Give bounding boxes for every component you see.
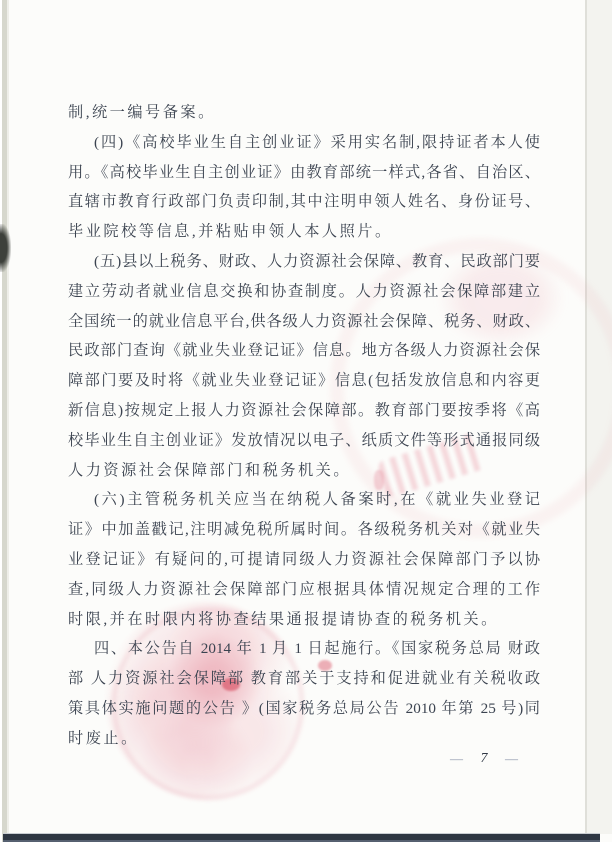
text-block: 制,统一编号备案。(四)《高校毕业生自主创业证》采用实名制,限持证者本人使用。《… xyxy=(68,98,540,754)
page-number: — 7 — xyxy=(450,750,518,768)
text-line: 用。《高校毕业生自主创业证》由教育部统一样式,各省、自治区、 xyxy=(68,158,540,188)
text-line: 证》中加盖戳记,注明减免税所属时间。各级税务机关对《就业失 xyxy=(68,515,540,545)
text-line: 人力资源社会保障部门和税务机关。 xyxy=(68,456,540,486)
text-line: 部 人力资源社会保障部 教育部关于支持和促进就业有关税收政 xyxy=(68,664,540,694)
text-line: (五)县以上税务、财政、人力资源社会保障、教育、民政部门要 xyxy=(68,247,540,277)
text-line: 四、本公告自 2014 年 1 月 1 日起施行。《国家税务总局 财政 xyxy=(68,634,540,664)
binder-hole-shadow xyxy=(0,224,11,272)
text-line: 业登记证》有疑问的,可提请同级人力资源社会保障部门予以协 xyxy=(68,545,540,575)
text-line: 建立劳动者就业信息交换和协查制度。人力资源社会保障部建立 xyxy=(68,277,540,307)
page-number-value: 7 xyxy=(481,750,488,768)
text-line: 毕业院校等信息,并粘贴申领人本人照片。 xyxy=(68,217,540,247)
text-line: (四)《高校毕业生自主创业证》采用实名制,限持证者本人使 xyxy=(68,128,540,158)
text-line: 制,统一编号备案。 xyxy=(68,98,540,128)
text-line: 直辖市教育行政部门负责印制,其中注明申领人姓名、身份证号、 xyxy=(68,187,540,217)
text-line: 障部门要及时将《就业失业登记证》信息(包括发放信息和内容更 xyxy=(68,366,540,396)
page-dash-left: — xyxy=(450,750,463,768)
text-line: (六)主管税务机关应当在纳税人备案时,在《就业失业登记 xyxy=(68,485,540,515)
page-dash-right: — xyxy=(505,750,518,768)
text-line: 新信息)按规定上报人力资源社会保障部。教育部门要按季将《高 xyxy=(68,396,540,426)
text-line: 校毕业生自主创业证》发放情况以电子、纸质文件等形式通报同级 xyxy=(68,426,540,456)
text-line: 民政部门查询《就业失业登记证》信息。地方各级人力资源社会保 xyxy=(68,336,540,366)
text-line: 策具体实施问题的公告 》(国家税务总局公告 2010 年第 25 号)同 xyxy=(68,694,540,724)
text-line: 全国统一的就业信息平台,供各级人力资源社会保障、税务、财政、 xyxy=(68,307,540,337)
scan-edge-bottom xyxy=(3,833,600,842)
scan-edge-left xyxy=(0,0,9,842)
scanned-page: 制,统一编号备案。(四)《高校毕业生自主创业证》采用实名制,限持证者本人使用。《… xyxy=(0,0,612,842)
text-line: 查,同级人力资源社会保障部门应根据具体情况规定合理的工作 xyxy=(68,575,540,605)
text-line: 时限,并在时限内将协查结果通报提请协查的税务机关。 xyxy=(68,605,540,635)
